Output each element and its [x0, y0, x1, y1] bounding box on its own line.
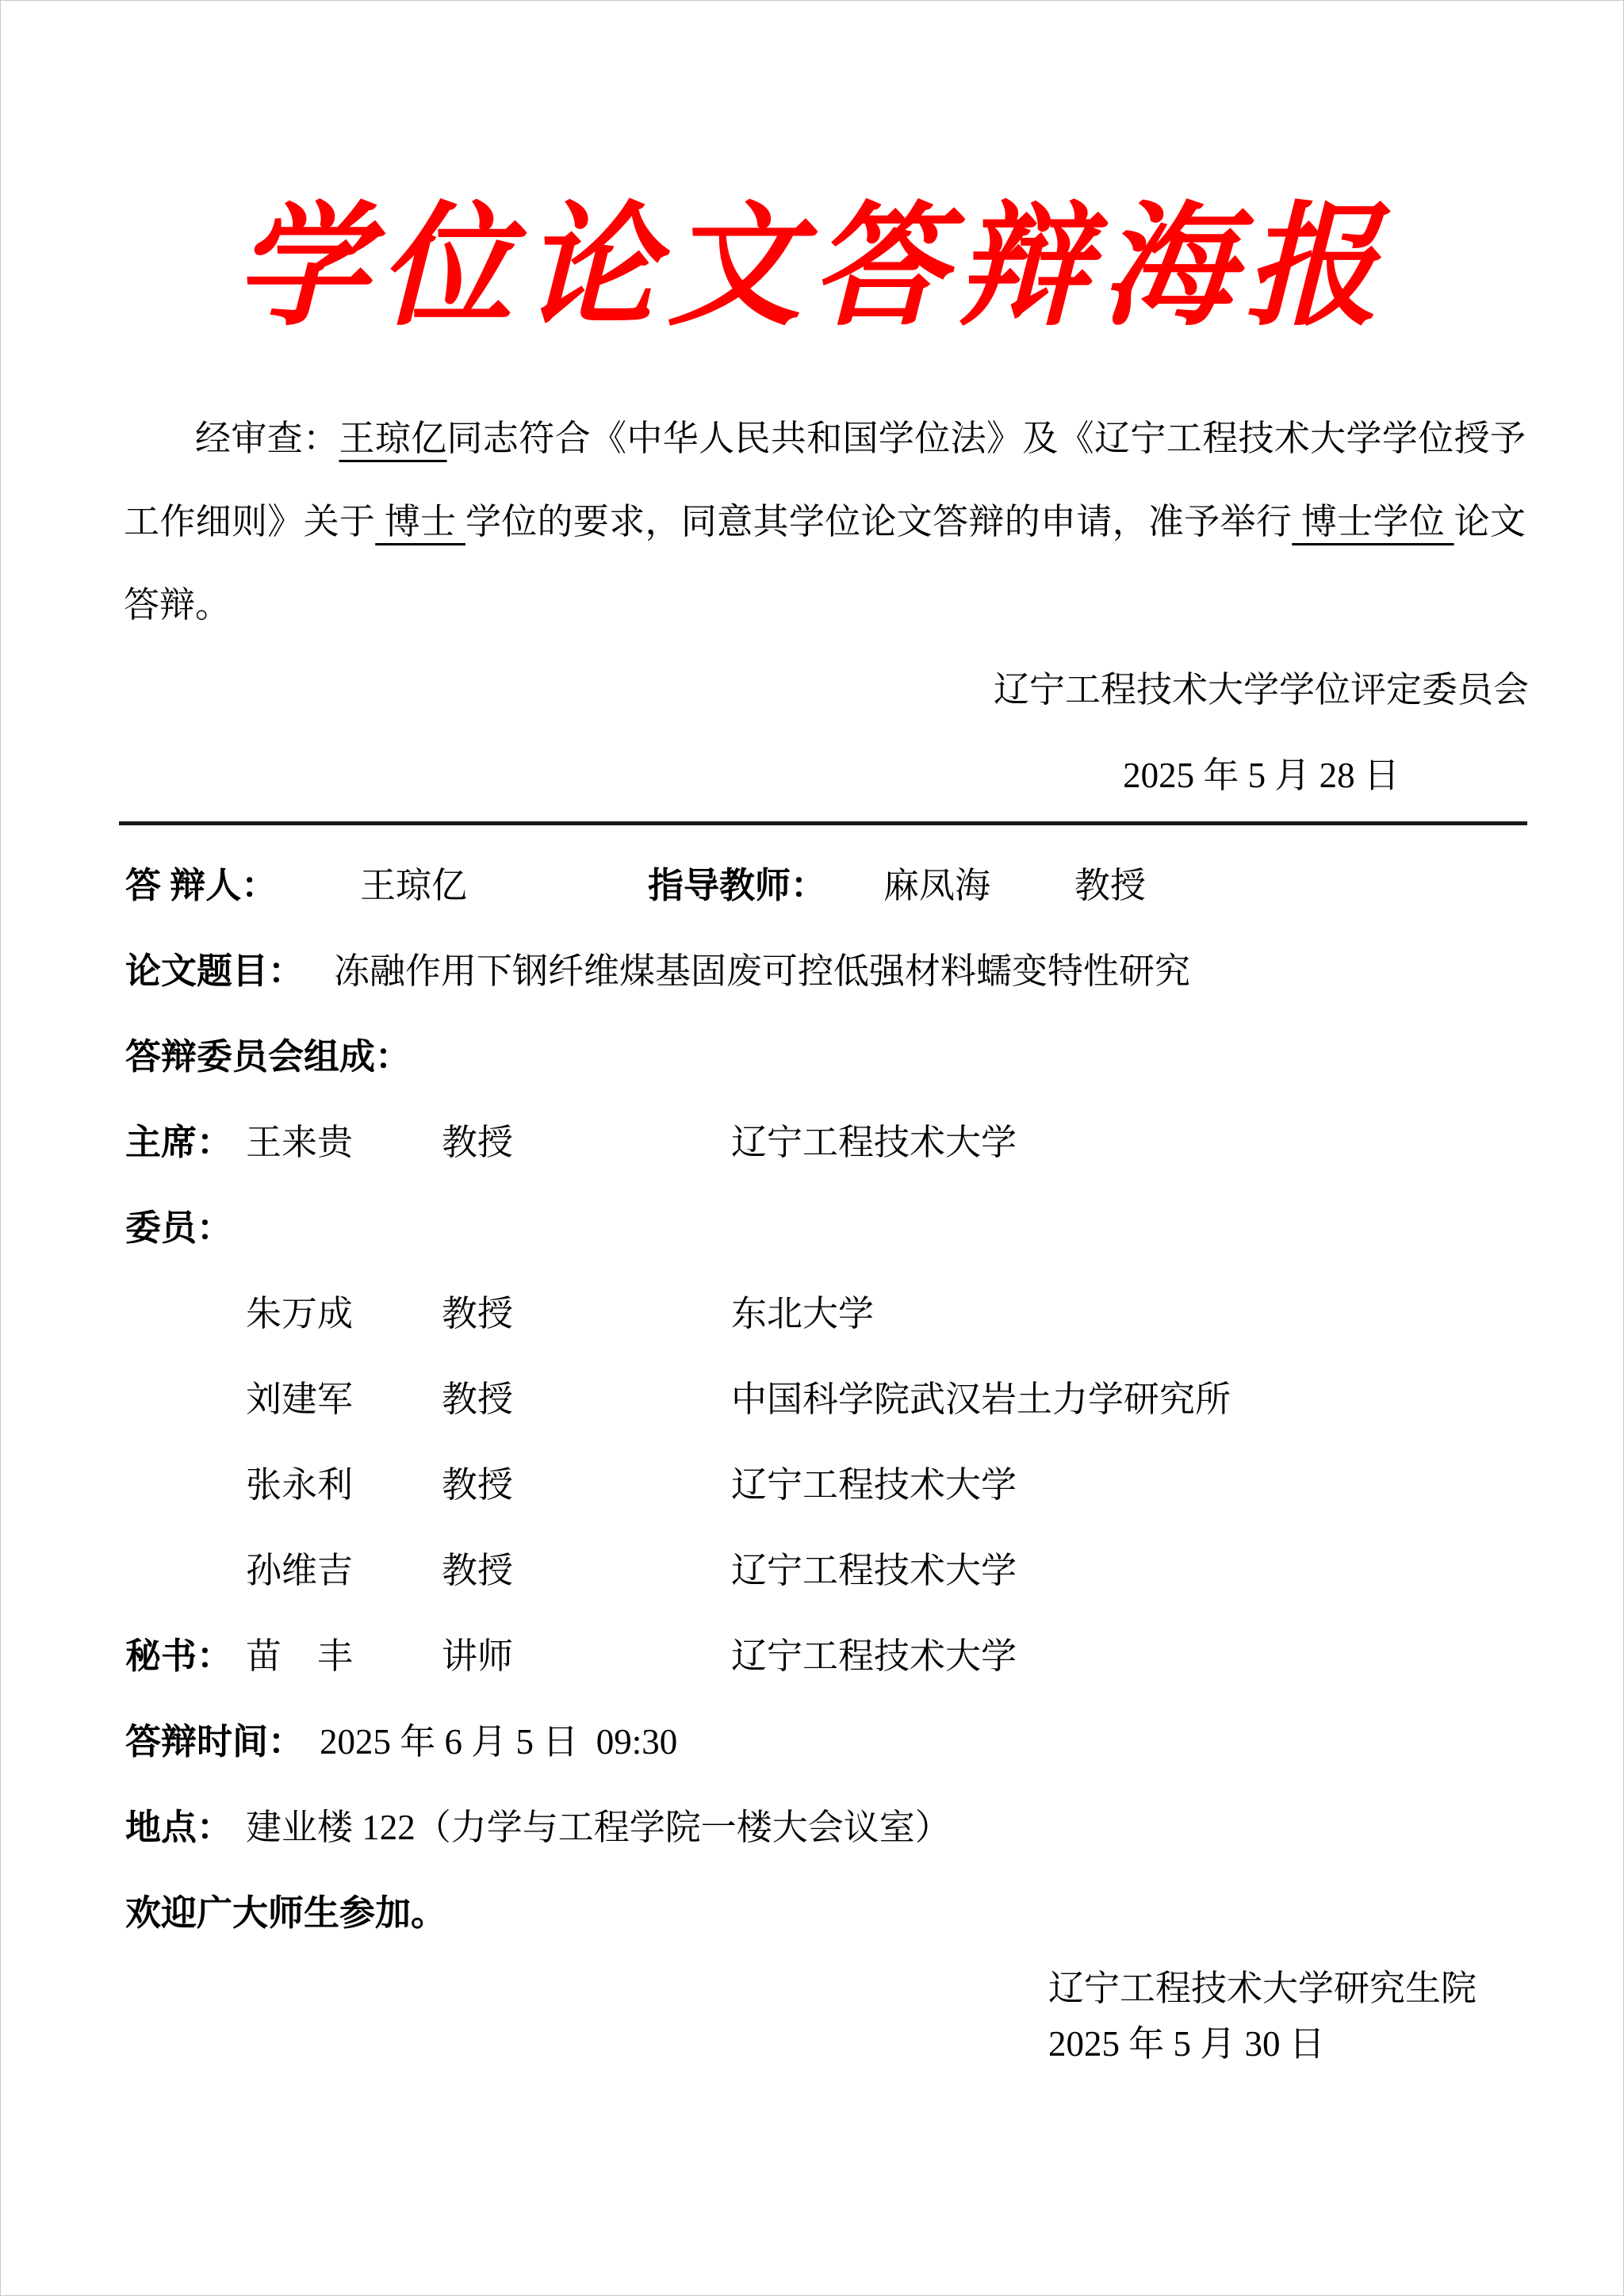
time-label: 答辩时间： — [125, 1699, 320, 1785]
location-label: 地点： — [125, 1785, 246, 1870]
member-affiliation: 中国科学院武汉岩土力学研究所 — [731, 1380, 1231, 1419]
intro-prefix: 经审查： — [195, 419, 339, 458]
chair-affiliation: 辽宁工程技术大学 — [731, 1123, 1017, 1162]
secretary-title: 讲师 — [442, 1613, 731, 1699]
member-row: 张永利教授辽宁工程技术大学 — [125, 1442, 1544, 1528]
footer-signature-block: 辽宁工程技术大学研究生院 2025 年 5 月 30 日 — [1048, 1961, 1477, 2072]
member-row: 孙维吉教授辽宁工程技术大学 — [125, 1528, 1544, 1613]
chair-title: 教授 — [442, 1100, 731, 1185]
location-value: 建业楼 122（力学与工程学院一楼大会议室） — [246, 1808, 951, 1847]
chair-name: 王来贵 — [246, 1100, 442, 1185]
members-label: 委员： — [125, 1185, 1544, 1271]
secretary-name: 苗 丰 — [246, 1613, 442, 1699]
welcome-line: 欢迎广大师生参加。 — [125, 1870, 1544, 1956]
location-row: 地点：建业楼 122（力学与工程学院一楼大会议室） — [125, 1785, 1544, 1870]
thesis-title: 冻融作用下钢纤维煤基固废可控低强材料蠕变特性研究 — [334, 951, 1190, 991]
secretary-affiliation: 辽宁工程技术大学 — [731, 1636, 1017, 1676]
member-title: 教授 — [442, 1528, 731, 1613]
committee-heading: 答辩委员会组成： — [125, 1014, 1544, 1100]
approval-signature-block: 辽宁工程技术大学学位评定委员会 2025 年 5 月 28 日 — [994, 647, 1529, 818]
member-row: 刘建军教授中国科学院武汉岩土力学研究所 — [125, 1357, 1544, 1442]
member-name: 张永利 — [246, 1442, 442, 1528]
member-affiliation: 辽宁工程技术大学 — [731, 1551, 1017, 1590]
defender-name: 王琼亿 — [360, 843, 648, 928]
poster-page: 学位论文答辩海报 经审查：王琼亿同志符合《中华人民共和国学位法》及《辽宁工程技术… — [0, 0, 1624, 2296]
supervisor-title: 教授 — [1074, 866, 1146, 905]
member-affiliation: 东北大学 — [731, 1294, 874, 1334]
defender-label: 答 辩人： — [125, 843, 360, 928]
member-name: 刘建军 — [246, 1357, 442, 1442]
approval-committee: 辽宁工程技术大学学位评定委员会 — [994, 647, 1529, 733]
member-name: 孙维吉 — [246, 1528, 442, 1613]
candidate-name-underlined: 王琼亿 — [339, 419, 446, 458]
degree-name-underlined: 博士学位 — [1292, 502, 1454, 541]
secretary-label: 秘书： — [125, 1613, 246, 1699]
approval-date: 2025 年 5 月 28 日 — [994, 733, 1529, 818]
supervisor-name: 麻凤海 — [883, 843, 1074, 928]
member-title: 教授 — [442, 1442, 731, 1528]
member-title: 教授 — [442, 1271, 731, 1357]
footer-institution: 辽宁工程技术大学研究生院 — [1048, 1961, 1477, 2016]
supervisor-label: 指导教师： — [648, 843, 883, 928]
footer-date: 2025 年 5 月 30 日 — [1048, 2016, 1477, 2072]
intro-mid2: 学位的要求，同意其学位论文答辩的申请，准予举行 — [465, 502, 1292, 541]
member-row: 朱万成教授东北大学 — [125, 1271, 1544, 1357]
time-value: 2025 年 6 月 5 日 09:30 — [320, 1722, 677, 1762]
chair-row: 主席：王来贵教授辽宁工程技术大学 — [125, 1100, 1544, 1185]
member-name: 朱万成 — [246, 1271, 442, 1357]
thesis-row: 论文题目：冻融作用下钢纤维煤基固废可控低强材料蠕变特性研究 — [125, 928, 1544, 1014]
intro-paragraph: 经审查：王琼亿同志符合《中华人民共和国学位法》及《辽宁工程技术大学学位授予工作细… — [124, 397, 1526, 647]
degree-type-underlined: 博士 — [375, 502, 465, 541]
defender-row: 答 辩人：王琼亿指导教师：麻凤海教授 — [125, 843, 1544, 928]
poster-title: 学位论文答辩海报 — [1, 169, 1623, 367]
member-title: 教授 — [442, 1357, 731, 1442]
chair-label: 主席： — [125, 1100, 246, 1185]
section-divider — [119, 821, 1527, 825]
member-affiliation: 辽宁工程技术大学 — [731, 1465, 1017, 1505]
thesis-label: 论文题目： — [125, 928, 334, 1014]
time-row: 答辩时间：2025 年 6 月 5 日 09:30 — [125, 1699, 1544, 1785]
defense-info-section: 答 辩人：王琼亿指导教师：麻凤海教授 论文题目：冻融作用下钢纤维煤基固废可控低强… — [125, 843, 1544, 1956]
secretary-row: 秘书：苗 丰讲师辽宁工程技术大学 — [125, 1613, 1544, 1699]
